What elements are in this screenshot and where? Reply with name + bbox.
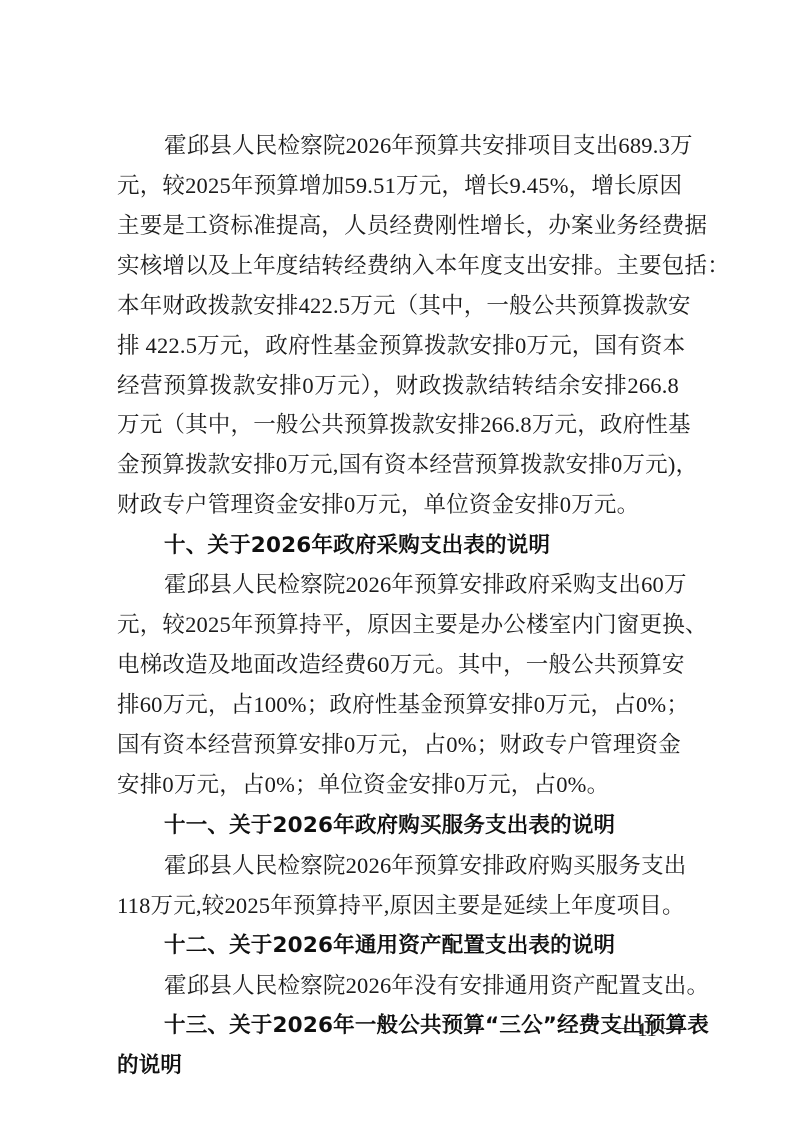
paragraph-project-expenditure-line: 经营预算拨款安排0万元），财政拨款结转结余安排266.8	[117, 371, 679, 401]
paragraph-project-expenditure-line: 元，较2025年预算增加59.51万元，增长9.45%，增长原因	[117, 171, 679, 201]
paragraph-project-expenditure-line: 万元（其中，一般公共预算拨款安排266.8万元，政府性基	[117, 410, 679, 440]
paragraph-project-expenditure-line: 霍邱县人民检察院2026年预算共安排项目支出689.3万	[164, 131, 679, 161]
section-heading-13: 十三、关于2026年一般公共预算“三公”经费支出预算表	[164, 1011, 679, 1041]
paragraph-asset-allocation-line: 霍邱县人民检察院2026年没有安排通用资产配置支出。	[164, 971, 679, 1001]
paragraph-procurement-line: 排60万元，占100%；政府性基金预算安排0万元，占0%；	[117, 690, 679, 720]
paragraph-service-purchase-line: 霍邱县人民检察院2026年预算安排政府购买服务支出	[164, 851, 679, 881]
paragraph-project-expenditure-line: 排 422.5万元，政府性基金预算拨款安排0万元，国有资本	[117, 331, 679, 361]
paragraph-procurement-line: 电梯改造及地面改造经费60万元。其中，一般公共预算安	[117, 650, 679, 680]
paragraph-procurement-line: 元，较2025年预算持平，原因主要是办公楼室内门窗更换、	[117, 610, 679, 640]
section-heading-13-continued: 的说明	[117, 1051, 679, 1081]
section-heading-10: 十、关于2026年政府采购支出表的说明	[164, 531, 679, 561]
paragraph-procurement-line: 霍邱县人民检察院2026年预算安排政府采购支出60万	[164, 570, 679, 600]
paragraph-project-expenditure-line: 主要是工资标准提高，人员经费刚性增长，办案业务经费据	[117, 211, 679, 241]
document-page: 霍邱县人民检察院2026年预算共安排项目支出689.3万 元，较2025年预算增…	[0, 0, 793, 1122]
paragraph-project-expenditure-line: 本年财政拨款安排422.5万元（其中，一般公共预算拨款安	[117, 291, 679, 321]
page-number: － 11 －	[612, 1017, 682, 1043]
paragraph-procurement-line: 安排0万元，占0%；单位资金安排0万元，占0%。	[117, 770, 679, 800]
paragraph-service-purchase-line: 118万元,较2025年预算持平,原因主要是延续上年度项目。	[117, 891, 679, 921]
paragraph-project-expenditure-line: 实核增以及上年度结转经费纳入本年度支出安排。主要包括：	[117, 251, 679, 281]
section-heading-11: 十一、关于2026年政府购买服务支出表的说明	[164, 811, 679, 841]
paragraph-project-expenditure-line: 金预算拨款安排0万元,国有资本经营预算拨款安排0万元)，	[117, 450, 679, 480]
paragraph-procurement-line: 国有资本经营预算安排0万元，占0%；财政专户管理资金	[117, 730, 679, 760]
section-heading-12: 十二、关于2026年通用资产配置支出表的说明	[164, 931, 679, 961]
paragraph-project-expenditure-line: 财政专户管理资金安排0万元，单位资金安排0万元。	[117, 490, 679, 520]
